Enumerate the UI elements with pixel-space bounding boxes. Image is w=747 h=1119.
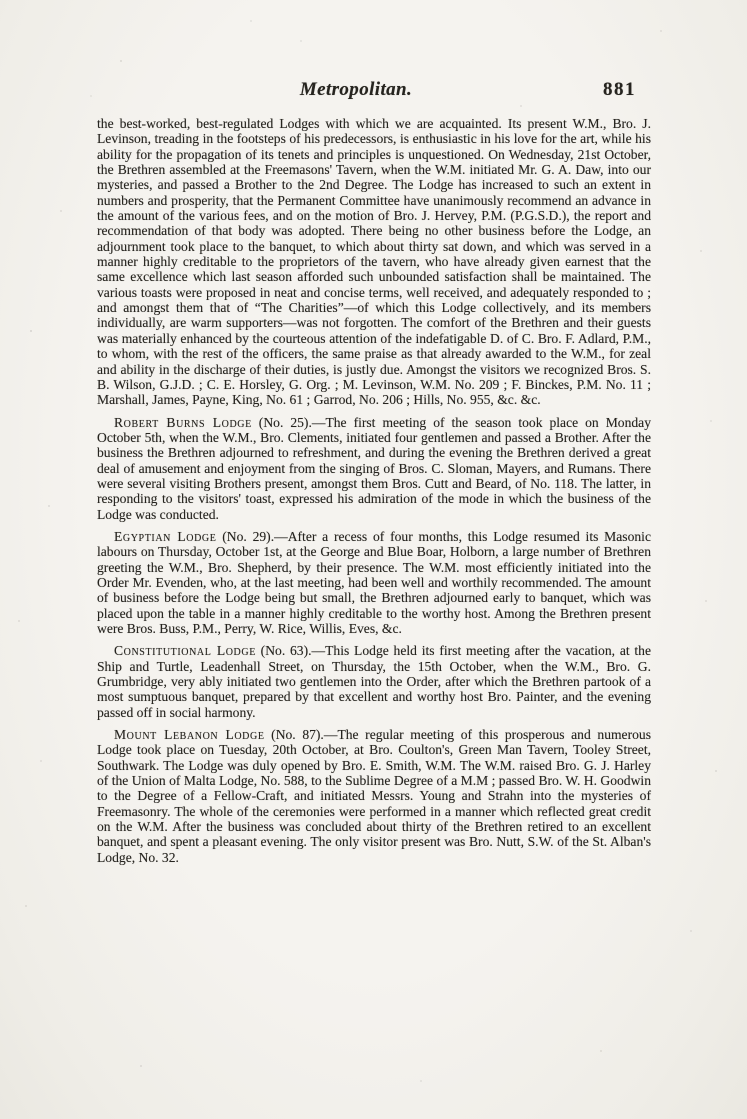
paragraph-text: The first meeting of the season took pla… (97, 415, 651, 522)
paragraph: Robert Burns Lodge (No. 25).—The first m… (97, 415, 651, 522)
paragraph-text: The regular meeting of this prosperous a… (97, 727, 651, 865)
lodge-number: (No. 87).— (265, 727, 338, 742)
scanned-page: Metropolitan. 881 the best-worked, best-… (0, 0, 747, 1119)
paragraph-text: the best-worked, best-regulated Lodges w… (97, 116, 651, 407)
page-body: the best-worked, best-regulated Lodges w… (97, 116, 651, 865)
lodge-name: Constitutional Lodge (114, 643, 256, 658)
lodge-number: (No. 29).— (216, 529, 287, 544)
paragraph: the best-worked, best-regulated Lodges w… (97, 116, 651, 408)
lodge-number: (No. 25).— (252, 415, 326, 430)
paragraph-text: After a recess of four months, this Lodg… (97, 529, 651, 636)
lodge-number: (No. 63).— (256, 643, 325, 658)
lodge-name: Mount Lebanon Lodge (114, 727, 265, 742)
running-title: Metropolitan. (79, 79, 633, 101)
lodge-name: Robert Burns Lodge (114, 415, 252, 430)
scan-noise (0, 0, 2, 2)
paragraph: Egyptian Lodge (No. 29).—After a recess … (97, 529, 651, 636)
page-number: 881 (603, 79, 636, 101)
paragraph: Mount Lebanon Lodge (No. 87).—The regula… (97, 727, 651, 865)
page-header: Metropolitan. 881 (97, 79, 651, 103)
lodge-name: Egyptian Lodge (114, 529, 216, 544)
paragraph: Constitutional Lodge (No. 63).—This Lodg… (97, 643, 651, 720)
